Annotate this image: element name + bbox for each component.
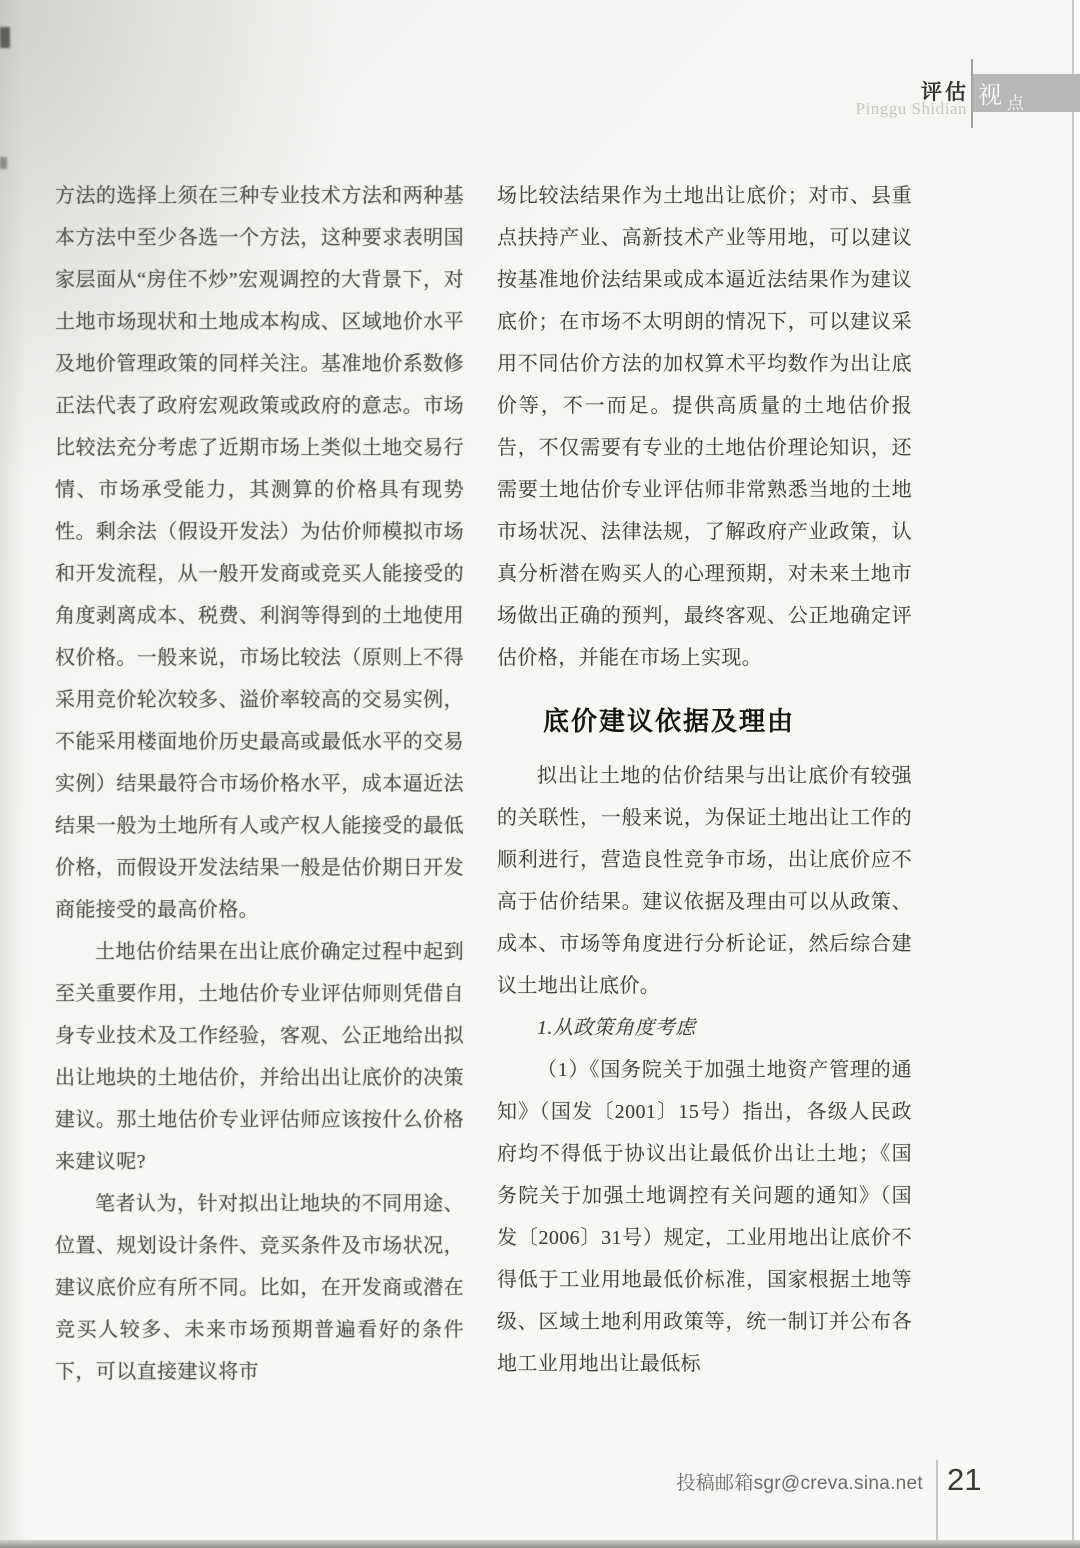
page-edge-strip — [1074, 0, 1080, 1548]
right-column: 场比较法结果作为土地出让底价；对市、县重点扶持产业、高新技术产业等用地，可以建议… — [497, 175, 912, 1385]
body-paragraph: 土地估价结果在出让底价确定过程中起到至关重要作用，土地估价专业评估师则凭借自身专… — [55, 931, 464, 1183]
accent-char-dian: 点 — [1007, 89, 1024, 114]
scan-shadow-left-edge — [0, 0, 26, 1548]
left-column: 方法的选择上须在三种专业技术方法和两种基本方法中至少各选一个方法，这种要求表明国… — [55, 175, 464, 1393]
subsection-heading: 1.从政策角度考虑 — [497, 1007, 912, 1049]
accent-char-shi: 视 — [978, 75, 1002, 110]
footer-divider-line — [936, 1460, 938, 1540]
header-accent-box: 视 点 — [973, 74, 1080, 112]
body-paragraph: 场比较法结果作为土地出让底价；对市、县重点扶持产业、高新技术产业等用地，可以建议… — [497, 175, 912, 679]
scan-bottom-edge-bar — [0, 1540, 1080, 1548]
section-heading: 底价建议依据及理由 — [543, 705, 912, 739]
body-paragraph: 方法的选择上须在三种专业技术方法和两种基本方法中至少各选一个方法，这种要求表明国… — [55, 175, 464, 931]
body-paragraph: 笔者认为，针对拟出让地块的不同用途、位置、规划设计条件、竞买条件及市场状况，建议… — [55, 1183, 464, 1393]
section-title-pinyin: Pinggu Shidian — [856, 99, 967, 119]
submission-email: 投稿邮箱sgr@creva.sina.net — [676, 1468, 923, 1495]
page-number: 21 — [947, 1462, 981, 1498]
scan-artifact-mark — [0, 27, 10, 48]
body-paragraph: 拟出让土地的估价结果与出让底价有较强的关联性，一般来说，为保证土地出让工作的顺利… — [497, 755, 912, 1007]
body-paragraph: （1）《国务院关于加强土地资产管理的通知》（国发〔2001〕15号）指出，各级人… — [497, 1049, 912, 1385]
scan-artifact-mark — [0, 157, 7, 169]
